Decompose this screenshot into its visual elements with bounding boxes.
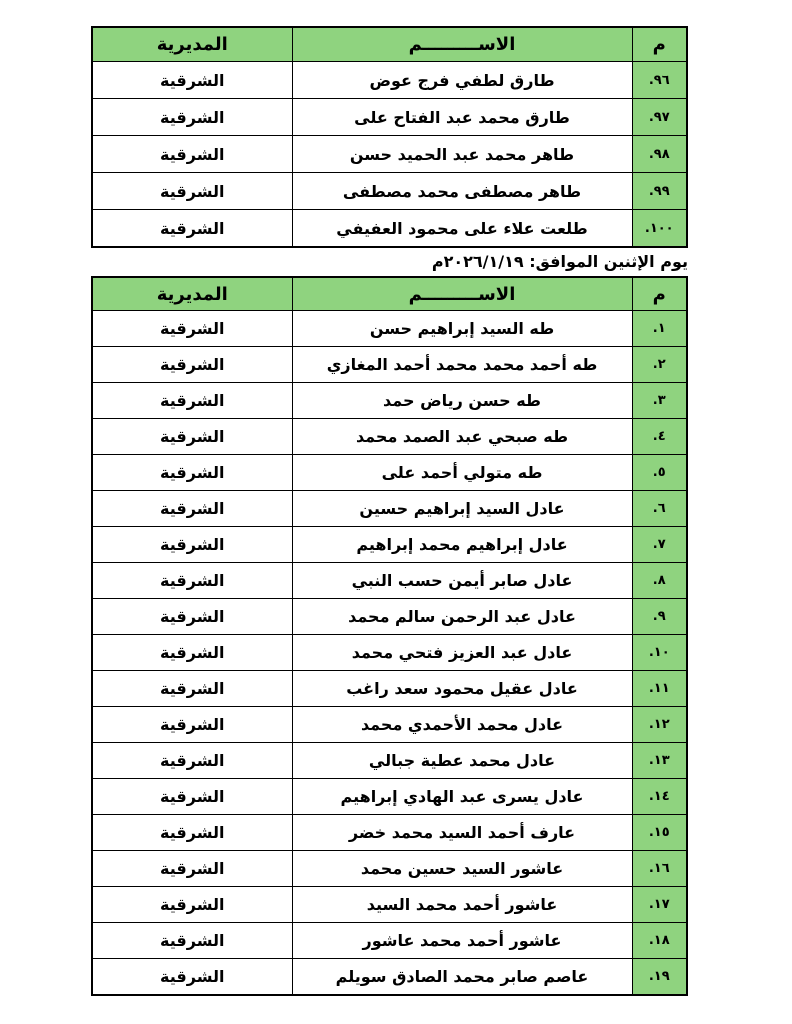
name-cell: طه متولي أحمد على — [292, 455, 632, 491]
table-row: ٩٩.طاهر مصطفى محمد مصطفىالشرقية — [92, 173, 687, 210]
table-row: ٦.عادل السيد إبراهيم حسينالشرقية — [92, 491, 687, 527]
table-row: ٩.عادل عبد الرحمن سالم محمدالشرقية — [92, 599, 687, 635]
name-cell: عاشور أحمد محمد السيد — [292, 887, 632, 923]
table-row: ١٩.عاصم صابر محمد الصادق سويلمالشرقية — [92, 959, 687, 996]
row-number-cell: ٩٦. — [632, 62, 687, 99]
name-cell: طه صبحي عبد الصمد محمد — [292, 419, 632, 455]
directorate-cell: الشرقية — [92, 491, 292, 527]
row-number-cell: ٤. — [632, 419, 687, 455]
name-cell: عادل صابر أيمن حسب النبي — [292, 563, 632, 599]
name-cell: عادل عقيل محمود سعد راغب — [292, 671, 632, 707]
row-number-cell: ١٠. — [632, 635, 687, 671]
row-number-cell: ٣. — [632, 383, 687, 419]
header-row: م الاســـــــــم المديرية — [92, 277, 687, 311]
roster-table-top: م الاســـــــــم المديرية ٩٦.طارق لطفي ف… — [91, 26, 688, 248]
row-number-cell: ١١. — [632, 671, 687, 707]
table-body: ١.طه السيد إبراهيم حسنالشرقية٢.طه أحمد م… — [92, 311, 687, 996]
directorate-cell: الشرقية — [92, 347, 292, 383]
header-row: م الاســـــــــم المديرية — [92, 27, 687, 62]
directorate-cell: الشرقية — [92, 563, 292, 599]
header-directorate: المديرية — [92, 277, 292, 311]
row-number-cell: ٦. — [632, 491, 687, 527]
header-name: الاســـــــــم — [292, 27, 632, 62]
row-number-cell: ٨. — [632, 563, 687, 599]
directorate-cell: الشرقية — [92, 743, 292, 779]
name-cell: طارق لطفي فرج عوض — [292, 62, 632, 99]
name-cell: عارف أحمد السيد محمد خضر — [292, 815, 632, 851]
page-content: م الاســـــــــم المديرية ٩٦.طارق لطفي ف… — [93, 26, 688, 996]
table-row: ١١.عادل عقيل محمود سعد راغبالشرقية — [92, 671, 687, 707]
table-row: ٢.طه أحمد محمد محمد أحمد المغازيالشرقية — [92, 347, 687, 383]
directorate-cell: الشرقية — [92, 527, 292, 563]
table-row: ١٣.عادل محمد عطية جباليالشرقية — [92, 743, 687, 779]
row-number-cell: ٩٨. — [632, 136, 687, 173]
name-cell: طاهر محمد عبد الحميد حسن — [292, 136, 632, 173]
table-row: ٨.عادل صابر أيمن حسب النبيالشرقية — [92, 563, 687, 599]
row-number-cell: ١٢. — [632, 707, 687, 743]
directorate-cell: الشرقية — [92, 136, 292, 173]
row-number-cell: ١٤. — [632, 779, 687, 815]
row-number-cell: ١٧. — [632, 887, 687, 923]
directorate-cell: الشرقية — [92, 311, 292, 347]
name-cell: عادل يسرى عبد الهادي إبراهيم — [292, 779, 632, 815]
row-number-cell: ١٩. — [632, 959, 687, 996]
table-row: ٩٦.طارق لطفي فرج عوضالشرقية — [92, 62, 687, 99]
roster-table-bottom: م الاســـــــــم المديرية ١.طه السيد إبر… — [91, 276, 688, 996]
row-number-cell: ١٠٠. — [632, 210, 687, 248]
table-row: ١٠٠.طلعت علاء على محمود العفيفيالشرقية — [92, 210, 687, 248]
table-row: ١٧.عاشور أحمد محمد السيدالشرقية — [92, 887, 687, 923]
name-cell: طه حسن رياض حمد — [292, 383, 632, 419]
table-row: ٩٨.طاهر محمد عبد الحميد حسنالشرقية — [92, 136, 687, 173]
name-cell: عادل عبد العزيز فتحي محمد — [292, 635, 632, 671]
name-cell: عاشور أحمد محمد عاشور — [292, 923, 632, 959]
name-cell: عادل عبد الرحمن سالم محمد — [292, 599, 632, 635]
row-number-cell: ٩٩. — [632, 173, 687, 210]
directorate-cell: الشرقية — [92, 707, 292, 743]
header-directorate: المديرية — [92, 27, 292, 62]
row-number-cell: ١٥. — [632, 815, 687, 851]
row-number-cell: ١٨. — [632, 923, 687, 959]
directorate-cell: الشرقية — [92, 383, 292, 419]
table-body: ٩٦.طارق لطفي فرج عوضالشرقية٩٧.طارق محمد … — [92, 62, 687, 248]
header-serial-number: م — [632, 277, 687, 311]
table-row: ١٥.عارف أحمد السيد محمد خضرالشرقية — [92, 815, 687, 851]
directorate-cell: الشرقية — [92, 173, 292, 210]
name-cell: طاهر مصطفى محمد مصطفى — [292, 173, 632, 210]
row-number-cell: ١٦. — [632, 851, 687, 887]
table-row: ١٠.عادل عبد العزيز فتحي محمدالشرقية — [92, 635, 687, 671]
directorate-cell: الشرقية — [92, 62, 292, 99]
header-name: الاســـــــــم — [292, 277, 632, 311]
directorate-cell: الشرقية — [92, 923, 292, 959]
directorate-cell: الشرقية — [92, 210, 292, 248]
table-row: ١٦.عاشور السيد حسين محمدالشرقية — [92, 851, 687, 887]
table-row: ٩٧.طارق محمد عبد الفتاح علىالشرقية — [92, 99, 687, 136]
row-number-cell: ١. — [632, 311, 687, 347]
table-row: ١.طه السيد إبراهيم حسنالشرقية — [92, 311, 687, 347]
row-number-cell: ٩. — [632, 599, 687, 635]
row-number-cell: ٧. — [632, 527, 687, 563]
table-row: ٧.عادل إبراهيم محمد إبراهيمالشرقية — [92, 527, 687, 563]
row-number-cell: ٢. — [632, 347, 687, 383]
name-cell: طلعت علاء على محمود العفيفي — [292, 210, 632, 248]
document-page: م الاســـــــــم المديرية ٩٦.طارق لطفي ف… — [0, 0, 792, 1024]
table-row: ١٨.عاشور أحمد محمد عاشورالشرقية — [92, 923, 687, 959]
table-row: ٤.طه صبحي عبد الصمد محمدالشرقية — [92, 419, 687, 455]
name-cell: طه أحمد محمد محمد أحمد المغازي — [292, 347, 632, 383]
date-text: يوم الإثنين الموافق: ٢٠٢٦/١/١٩م — [432, 252, 688, 271]
name-cell: طه السيد إبراهيم حسن — [292, 311, 632, 347]
directorate-cell: الشرقية — [92, 635, 292, 671]
directorate-cell: الشرقية — [92, 455, 292, 491]
directorate-cell: الشرقية — [92, 815, 292, 851]
row-number-cell: ٩٧. — [632, 99, 687, 136]
table-row: ٣.طه حسن رياض حمدالشرقية — [92, 383, 687, 419]
directorate-cell: الشرقية — [92, 779, 292, 815]
table-row: ١٤.عادل يسرى عبد الهادي إبراهيمالشرقية — [92, 779, 687, 815]
table-row: ٥.طه متولي أحمد علىالشرقية — [92, 455, 687, 491]
row-number-cell: ٥. — [632, 455, 687, 491]
directorate-cell: الشرقية — [92, 851, 292, 887]
directorate-cell: الشرقية — [92, 887, 292, 923]
table-row: ١٢.عادل محمد الأحمدي محمدالشرقية — [92, 707, 687, 743]
name-cell: عادل إبراهيم محمد إبراهيم — [292, 527, 632, 563]
date-line: يوم الإثنين الموافق: ٢٠٢٦/١/١٩م — [93, 249, 688, 274]
directorate-cell: الشرقية — [92, 599, 292, 635]
directorate-cell: الشرقية — [92, 671, 292, 707]
name-cell: عادل محمد الأحمدي محمد — [292, 707, 632, 743]
directorate-cell: الشرقية — [92, 99, 292, 136]
name-cell: عادل محمد عطية جبالي — [292, 743, 632, 779]
name-cell: عادل السيد إبراهيم حسين — [292, 491, 632, 527]
header-serial-number: م — [632, 27, 687, 62]
directorate-cell: الشرقية — [92, 419, 292, 455]
name-cell: طارق محمد عبد الفتاح على — [292, 99, 632, 136]
directorate-cell: الشرقية — [92, 959, 292, 996]
row-number-cell: ١٣. — [632, 743, 687, 779]
name-cell: عاشور السيد حسين محمد — [292, 851, 632, 887]
name-cell: عاصم صابر محمد الصادق سويلم — [292, 959, 632, 996]
